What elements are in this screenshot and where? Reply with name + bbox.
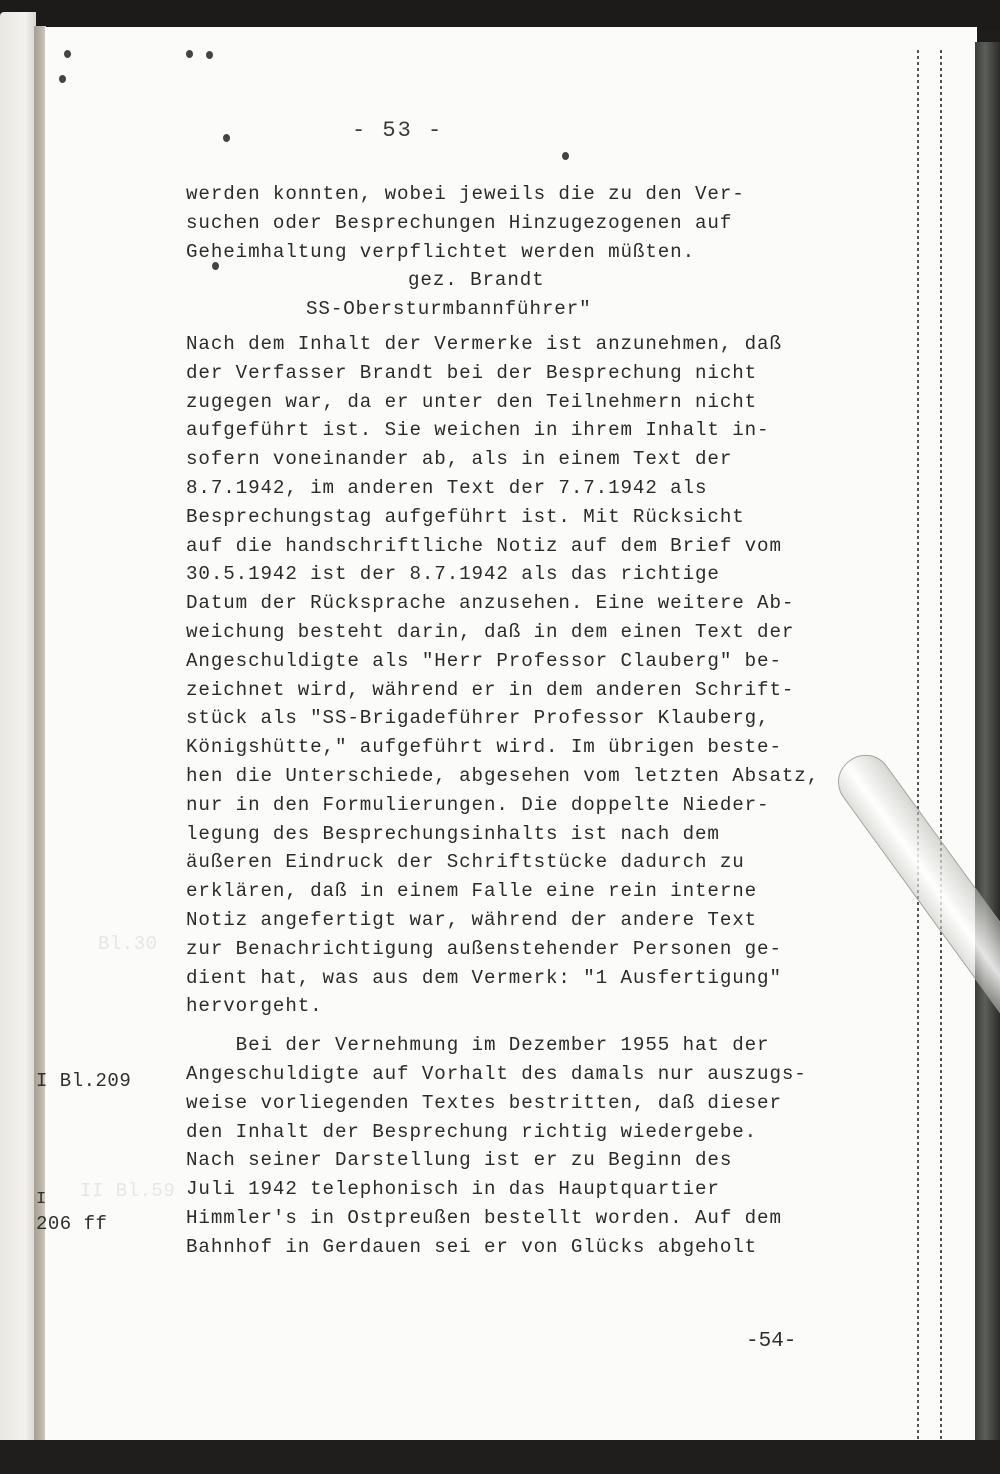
text-line: suchen oder Besprechungen Hinzugezogenen… — [186, 209, 826, 238]
text-line: den Inhalt der Besprechung richtig wiede… — [186, 1118, 826, 1147]
text-line: Bei der Vernehmung im Dezember 1955 hat … — [186, 1031, 826, 1060]
text-line: Himmler's in Ostpreußen bestellt worden.… — [186, 1204, 826, 1233]
paragraph-2: Bei der Vernehmung im Dezember 1955 hat … — [186, 1031, 826, 1261]
text-line: zeichnet wird, während er in dem anderen… — [186, 676, 826, 705]
text-line: zur Benachrichtigung außenstehender Pers… — [186, 935, 826, 964]
speck — [562, 152, 569, 160]
text-line: hervorgeht. — [186, 992, 826, 1021]
text-line: stück als "SS-Brigadeführer Professor Kl… — [186, 704, 826, 733]
signature-name: gez. Brandt — [186, 266, 826, 295]
speck — [186, 50, 193, 58]
text-line: äußeren Eindruck der Schriftstücke dadur… — [186, 848, 826, 877]
speck — [64, 50, 71, 58]
text-line: Juli 1942 telephonisch in das Hauptquart… — [186, 1175, 826, 1204]
scan-background-bottom — [0, 1440, 1000, 1474]
text-line: 30.5.1942 ist der 8.7.1942 als das richt… — [186, 560, 826, 589]
document-body: werden konnten, wobei jeweils die zu den… — [186, 180, 826, 1261]
text-line: Nach seiner Darstellung ist er zu Beginn… — [186, 1146, 826, 1175]
page-number-bottom: -54- — [746, 1330, 796, 1353]
signature-rank: SS-Obersturmbannführer" — [186, 295, 826, 324]
text-line: Angeschuldigte als "Herr Professor Claub… — [186, 647, 826, 676]
speck — [206, 51, 213, 59]
text-line: Bahnhof in Gerdauen sei er von Glücks ab… — [186, 1233, 826, 1262]
text-line: Besprechungstag aufgeführt ist. Mit Rück… — [186, 503, 826, 532]
scan-background-top — [0, 0, 1000, 30]
page-number-top: - 53 - — [352, 118, 443, 143]
text-line: 8.7.1942, im anderen Text der 7.7.1942 a… — [186, 474, 826, 503]
text-line: hen die Unterschiede, abgesehen vom letz… — [186, 762, 826, 791]
text-line: werden konnten, wobei jeweils die zu den… — [186, 180, 826, 209]
text-line: Datum der Rücksprache anzusehen. Eine we… — [186, 589, 826, 618]
margin-reference: I — [36, 1190, 47, 1209]
page-stack-edge — [975, 42, 1000, 1442]
text-line: legung des Besprechungsinhalts ist nach … — [186, 820, 826, 849]
text-line: Königshütte," aufgeführt wird. Im übrige… — [186, 733, 826, 762]
text-line: zugegen war, da er unter den Teilnehmern… — [186, 388, 826, 417]
bleed-through-rule — [917, 50, 919, 1440]
paragraph-1: Nach dem Inhalt der Vermerke ist anzuneh… — [186, 330, 826, 1021]
text-line: nur in den Formulierungen. Die doppelte … — [186, 791, 826, 820]
facing-page-edge — [0, 12, 36, 1452]
speck — [59, 75, 66, 83]
text-line: Notiz angefertigt war, während der ander… — [186, 906, 826, 935]
text-line: Nach dem Inhalt der Vermerke ist anzuneh… — [186, 330, 826, 359]
bleed-through-margin-note: II Bl.59 — [80, 1180, 175, 1202]
text-line: weichung besteht darin, daß in dem einen… — [186, 618, 826, 647]
text-line: Angeschuldigte auf Vorhalt des damals nu… — [186, 1060, 826, 1089]
margin-reference: I Bl.209 — [36, 1070, 131, 1092]
speck — [223, 134, 230, 142]
text-line: aufgeführt ist. Sie weichen in ihrem Inh… — [186, 416, 826, 445]
margin-reference: 206 ff — [36, 1213, 107, 1235]
text-line: auf die handschriftliche Notiz auf dem B… — [186, 532, 826, 561]
text-line: erklären, daß in einem Falle eine rein i… — [186, 877, 826, 906]
text-line: dient hat, was aus dem Vermerk: "1 Ausfe… — [186, 964, 826, 993]
text-line: Geheimhaltung verpflichtet werden müßten… — [186, 238, 826, 267]
text-line: der Verfasser Brandt bei der Besprechung… — [186, 359, 826, 388]
text-line: sofern voneinander ab, als in einem Text… — [186, 445, 826, 474]
bleed-through-rule — [940, 50, 942, 1440]
text-line: weise vorliegenden Textes bestritten, da… — [186, 1089, 826, 1118]
bleed-through-margin-note: Bl.30 — [98, 933, 158, 955]
